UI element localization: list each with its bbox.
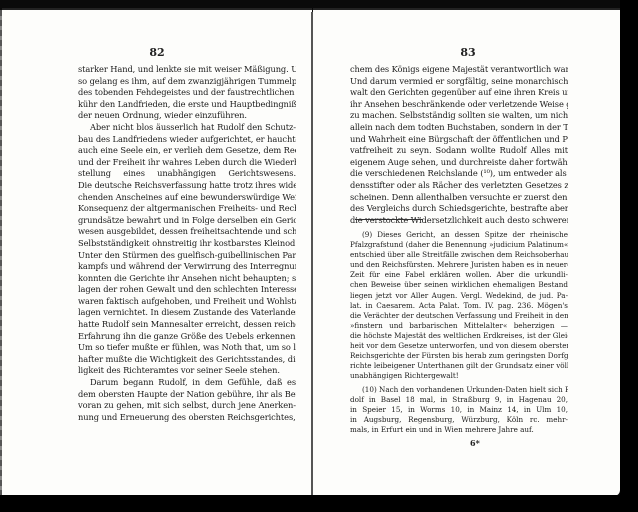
text-line: kühr den Landfrieden, die erste und Haup…	[78, 99, 296, 111]
text-line: lagen vernichtet. In diesem Zustande des…	[78, 307, 296, 319]
text-line: ihr Ansehen beschränkende oder verletzen…	[350, 99, 568, 111]
signature-mark: 6*	[470, 438, 480, 448]
footnote-line: in Augsburg, Regensburg, Würzburg, Köln …	[350, 415, 568, 425]
text-line: lagen der rohen Gewalt und den schlechte…	[78, 284, 296, 296]
text-line: so gelang es ihm, auf dem zwanzigjährige…	[78, 76, 296, 88]
text-line: vatfreiheit zu seyn. Sodann wollte Rudol…	[350, 145, 568, 157]
text-line: auch eine Seele ein, er verlieh dem Gese…	[78, 145, 296, 157]
scan-shadow-right	[620, 0, 638, 512]
footnote-line: lat. in Caesarem. Acta Palat. Tom. IV. p…	[350, 301, 568, 311]
text-line: kampfs und während der Verwirrung des In…	[78, 261, 296, 273]
footnote-line: heit vor dem Gesetze unterworfen, und vo…	[350, 341, 568, 351]
text-line: des tobenden Fehdegeistes und der faustr…	[78, 87, 296, 99]
footnote-line: Pfalzgrafstund (daher die Benennung »jud…	[350, 240, 568, 250]
text-line: chenden Anscheines auf eine bewunderswür…	[78, 192, 296, 204]
footnote-line: liegen jetzt vor Aller Augen. Vergl. Wed…	[350, 291, 568, 301]
text-line: Unter den Stürmen des guelfisch-guibelli…	[78, 250, 296, 262]
book-spread: 82 starker Hand, und lenkte sie mit weis…	[0, 0, 638, 512]
right-page-body: chem des Königs eigene Majestät verantwo…	[350, 64, 568, 226]
page-number-right: 83	[313, 46, 623, 59]
page-number-left: 82	[2, 46, 312, 59]
text-line: die verstockte Widersetzlichkeit auch de…	[350, 215, 568, 227]
footnote-10: (10) Nach den vorhandenen Urkunden-Daten…	[350, 385, 568, 435]
footnote-line: (10) Nach den vorhandenen Urkunden-Daten…	[350, 385, 568, 395]
text-line: densstifter oder als Rächer des verletzt…	[350, 180, 568, 192]
footnote-line: in Speier 15, in Worms 10, in Mainz 14, …	[350, 405, 568, 415]
footnote-line: mals, in Erfurt ein und in Wien mehrere …	[350, 425, 568, 435]
text-line: der neuen Ordnung, wieder einzuführen.	[78, 110, 296, 122]
text-line: die verschiedenen Reichslande (¹⁰), um e…	[350, 168, 568, 180]
text-line: chem des Königs eigene Majestät verantwo…	[350, 64, 568, 76]
text-line: starker Hand, und lenkte sie mit weiser …	[78, 64, 296, 76]
footnote-line: Zeit für eine Fabel erklären wollen. Abe…	[350, 270, 568, 280]
text-line: walt den Gerichten gegenüber auf eine ih…	[350, 87, 568, 99]
text-line: stellung eines unabhängigen Gerichtswese…	[78, 168, 296, 180]
footnote-line: die höchste Majestät des weltlichen Erdk…	[350, 331, 568, 341]
footnote-line: entschied über alle Streitfälle zwischen…	[350, 250, 568, 260]
text-line: bau des Landfriedens wieder aufgerichtet…	[78, 134, 296, 146]
text-line: Darum begann Rudolf, in dem Gefühle, daß…	[78, 377, 296, 389]
text-line: nung und Erneuerung des obersten Reichsg…	[78, 412, 296, 424]
text-line: Aber nicht blos äusserlich hat Rudolf de…	[78, 122, 296, 134]
footnote-line: dolf in Basel 18 mal, in Straßburg 9, in…	[350, 395, 568, 405]
footnote-line: richte leibeigener Unterthanen gilt der …	[350, 361, 568, 371]
text-line: hatte Rudolf sein Mannesalter erreicht, …	[78, 319, 296, 331]
text-line: und Wahrheit eine Bürgschaft der öffentl…	[350, 134, 568, 146]
text-line: hafter mußte die Wichtigkeit des Gericht…	[78, 354, 296, 366]
text-line: Selbstständigkeit ohnstreitig ihr kostba…	[78, 238, 296, 250]
text-line: Und darum vermied er sorgfältig, seine m…	[350, 76, 568, 88]
text-line: und der Freiheit ihr wahres Leben durch …	[78, 157, 296, 169]
text-line: Um so tiefer mußte er fühlen, was Noth t…	[78, 342, 296, 354]
text-line: wesen ausgebildet, dessen freiheitsachte…	[78, 226, 296, 238]
footnote-9: (9) Dieses Gericht, an dessen Spitze der…	[350, 230, 568, 381]
footnote-line: unabhängigen Richtergewalt!	[350, 371, 568, 381]
text-line: ligkeit des Richteramtes vor seiner Seel…	[78, 365, 296, 377]
right-page: 83 chem des Königs eigene Majestät veran…	[313, 8, 620, 496]
text-line: eigenem Auge sehen, und durchreiste dahe…	[350, 157, 568, 169]
footnote-line: »finstern und barbarischen Mittelalter« …	[350, 321, 568, 331]
text-line: Die deutsche Reichsverfassung hatte trot…	[78, 180, 296, 192]
footnote-separator	[355, 219, 423, 220]
footnote-line: die Verächter der deutschen Verfassung u…	[350, 311, 568, 321]
scan-shadow-bottom	[0, 495, 638, 512]
footnote-line: (9) Dieses Gericht, an dessen Spitze der…	[350, 230, 568, 240]
footnote-line: Reichsgerichte der Fürsten bis herab zum…	[350, 351, 568, 361]
text-line: des Vergleichs durch Schiedsgerichte, be…	[350, 203, 568, 215]
text-line: dem obersten Haupte der Nation gebühre, …	[78, 389, 296, 401]
text-line: grundsätze bewahrt und in Folge derselbe…	[78, 215, 296, 227]
text-line: zu machen. Selbstständig sollten sie wal…	[350, 110, 568, 122]
text-line: scheinen. Denn allenthalben versuchte er…	[350, 192, 568, 204]
left-page-body: starker Hand, und lenkte sie mit weiser …	[78, 64, 296, 423]
footnote-line: und den Reichsfürsten. Mehrere Juristen …	[350, 260, 568, 270]
text-line: konnten die Gerichte ihr Ansehen nicht b…	[78, 273, 296, 285]
text-line: allein nach dem todten Buchstaben, sonde…	[350, 122, 568, 134]
text-line: Erfahrung ihn die ganze Größe des Uebels…	[78, 331, 296, 343]
text-line: waren faktisch aufgehoben, und Freiheit …	[78, 296, 296, 308]
footnote-line: chen Beweise über seinen wirklichen ehem…	[350, 280, 568, 290]
text-line: voran zu gehen, mit sich selbst, durch j…	[78, 400, 296, 412]
left-page: 82 starker Hand, und lenkte sie mit weis…	[2, 8, 312, 500]
text-line: Konsequenz der altgermanischen Freiheits…	[78, 203, 296, 215]
